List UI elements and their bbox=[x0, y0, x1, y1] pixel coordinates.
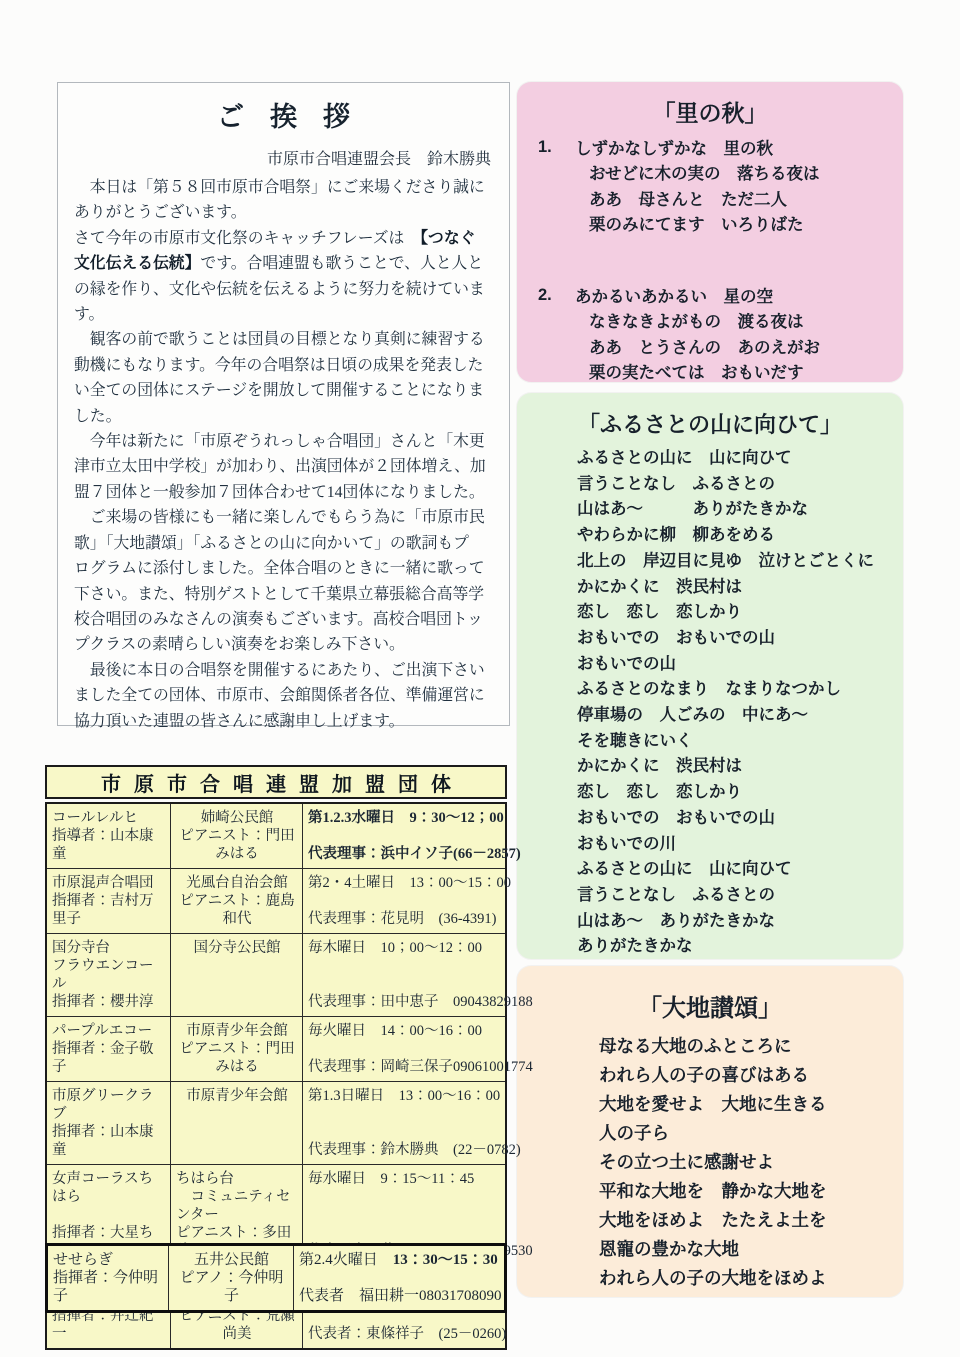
group-leader: 指揮者：櫻井淳 bbox=[52, 993, 166, 1013]
group-venue: ちはら台 コミュニティセンター bbox=[176, 1168, 298, 1224]
group-leader: 指揮者：山本康童 bbox=[52, 1123, 166, 1161]
group-schedule: 毎水曜日 9：15～11：45 bbox=[308, 1168, 533, 1188]
group-name: コールレルヒ bbox=[52, 807, 166, 827]
group-cell-right: 毎火曜日 14：00～16：00 代表理事：岡崎三保子09061001774 bbox=[302, 1017, 537, 1081]
schedule-time: 13：30～15：30 bbox=[393, 1252, 498, 1268]
sesseragi-row: せせらぎ 指揮者：今仲明子 五井公民館 ピアノ：今仲明子 第2.4火曜日 13：… bbox=[45, 1243, 507, 1313]
group-cell-left: 市原グリークラブ 指揮者：山本康童 bbox=[47, 1082, 170, 1164]
lyric-line: おもいでの おもいでの山 bbox=[577, 626, 903, 652]
table-row: コールレルヒ 指導者：山本康童 姉崎公民館 ピアニスト：門田みはる 第1.2.3… bbox=[47, 804, 505, 868]
lyric-line: 大地を愛せよ 大地に生きる bbox=[599, 1090, 903, 1119]
group-name: 市原グリークラブ bbox=[52, 1085, 166, 1123]
group-name: 市原混声合唱団 bbox=[52, 872, 166, 892]
lyric-line: やわらかに柳 柳あをめる bbox=[577, 523, 903, 549]
lyric-line: 恋し 恋し 恋しかり bbox=[577, 600, 903, 626]
group-cell-right: 第1.3日曜日 13：00～16：00 代表理事：鈴木勝典 (22－0782) bbox=[302, 1082, 525, 1164]
group-leader: 指揮者：今仲明子 bbox=[53, 1269, 164, 1307]
lyric-line: 北上の 岸辺目に見ゆ 泣けとごとくに bbox=[577, 549, 903, 575]
lyric-line: おもいでの山 bbox=[577, 652, 903, 678]
lyric-line: 母なる大地のふところに bbox=[599, 1032, 903, 1061]
group-schedule: 第1.3日曜日 13：00～16：00 bbox=[308, 1085, 521, 1105]
group-name: 国分寺台 フラウエンコール bbox=[52, 937, 166, 993]
lyric-line: あかるいあかるい 星の空 bbox=[575, 285, 820, 310]
song-card-daichi-sansho: 「大地讃頌」 母なる大地のふところにわれら人の子の喜びはある大地を愛せよ 大地に… bbox=[517, 966, 903, 1297]
verse-number: 2. bbox=[538, 285, 575, 305]
group-venue: 光風台自治会館 bbox=[176, 872, 298, 892]
table-row: 国分寺台 フラウエンコール 指揮者：櫻井淳 国分寺公民館 毎木曜日 10；00～… bbox=[47, 933, 505, 1016]
group-venue: 五井公民館 bbox=[174, 1249, 289, 1269]
group-cell-left: せせらぎ 指揮者：今仲明子 bbox=[48, 1246, 168, 1310]
group-leader: 指揮者：吉村万里子 bbox=[52, 892, 166, 930]
group-cell-left: 国分寺台 フラウエンコール 指揮者：櫻井淳 bbox=[47, 934, 170, 1016]
greeting-p2-pre: さて今年の市原市文化祭のキャッチフレーズは bbox=[74, 230, 420, 247]
lyric-line: 恩寵の豊かな大地 bbox=[599, 1235, 903, 1264]
group-cell-middle: 五井公民館 ピアノ：今仲明子 bbox=[168, 1246, 293, 1310]
song-title: 「里の秋」 bbox=[517, 95, 903, 128]
greeting-paragraph: 今年は新たに「市原ぞうれっしゃ合唱団」さんと「木更 津市立太田中学校」が加わり、… bbox=[74, 429, 493, 505]
lyric-line: そを聴きにいく bbox=[577, 729, 903, 755]
table-row: 市原混声合唱団 指揮者：吉村万里子 光風台自治会館 ピアニスト：鹿島和代 第2・… bbox=[47, 868, 505, 933]
group-pianist: ピアニスト：門田みはる bbox=[176, 827, 298, 865]
group-schedule: 第2・4土曜日 13：00～15：00 bbox=[308, 872, 511, 892]
lyric-line: おもいでの川 bbox=[577, 832, 903, 858]
group-leader: 指導者：山本康童 bbox=[52, 827, 166, 865]
lyric-line: 山はあ～ ありがたきかな bbox=[577, 909, 903, 935]
lyric-line: ありがたきかな bbox=[577, 934, 903, 960]
group-pianist: ピアノ：今仲明子 bbox=[174, 1269, 289, 1307]
group-pianist bbox=[176, 1159, 298, 1161]
group-name: パープルエコー bbox=[52, 1020, 166, 1040]
lyric-line: かにかくに 渋民村は bbox=[577, 575, 903, 601]
group-cell-right: 第1.2.3水曜日 9：30～12；00 代表理事：浜中イソ子(66－2857) bbox=[302, 804, 525, 868]
table-row: パープルエコー 指揮者：金子敬子 市原青少年会館 ピアニスト：門田みはる 毎火曜… bbox=[47, 1016, 505, 1081]
lyric-line: 山はあ～ ありがたきかな bbox=[577, 497, 903, 523]
group-name: せせらぎ bbox=[53, 1249, 164, 1269]
lyric-line: 人の子ら bbox=[599, 1119, 903, 1148]
group-schedule: 第2.4火曜日 13：30～15：30 bbox=[299, 1249, 502, 1269]
lyrics-list: あかるいあかるい 星の空なきなきよがもの 渡る夜はああ とうさんの あのえがお栗… bbox=[575, 285, 820, 386]
lyric-line: 栗の実たべては おもいだす bbox=[575, 361, 820, 386]
lyric-line: 平和な大地を 静かな大地を bbox=[599, 1177, 903, 1206]
lyric-line: 大地をほめよ たたえよ土を bbox=[599, 1206, 903, 1235]
greeting-paragraph: ご来場の皆様にも一緒に楽しんでもらう為に「市原市民 歌」「大地讃頌」「ふるさとの… bbox=[74, 505, 493, 657]
lyric-line: 恋し 恋し 恋しかり bbox=[577, 780, 903, 806]
lyric-line: 停車場の 人ごみの 中にあ～ bbox=[577, 703, 903, 729]
group-representative: 代表理事：鈴木勝典 (22－0782) bbox=[308, 1141, 521, 1161]
lyric-line: おもいでの おもいでの山 bbox=[577, 806, 903, 832]
lyrics-list: しずかなしずかな 里の秋おせどに木の実の 落ちる夜はああ 母さんと ただ二人栗の… bbox=[575, 137, 820, 238]
group-cell-left: コールレルヒ 指導者：山本康童 bbox=[47, 804, 170, 868]
lyric-line: ふるさとの山に 山に向ひて bbox=[577, 446, 903, 472]
greeting-box: ご挨拶 市原市合唱連盟会長 鈴木勝典 本日は「第５８回市原市合唱祭」にご来場くだ… bbox=[57, 82, 510, 726]
greeting-body: 本日は「第５８回市原市合唱祭」にご来場くださり誠に ありがとうございます。 さて… bbox=[74, 175, 493, 734]
verses: 1. しずかなしずかな 里の秋おせどに木の実の 落ちる夜はああ 母さんと ただ二… bbox=[517, 137, 903, 386]
group-venue: 市原青少年会館 bbox=[176, 1085, 298, 1105]
greeting-paragraph: 本日は「第５８回市原市合唱祭」にご来場くださり誠に ありがとうございます。 bbox=[74, 175, 493, 226]
group-cell-middle: 国分寺公民館 bbox=[170, 934, 302, 1016]
verse-number: 1. bbox=[538, 137, 575, 157]
lyric-line: 言うことなし ふるさとの bbox=[577, 472, 903, 498]
song-card-sato-no-aki: 「里の秋」 1. しずかなしずかな 里の秋おせどに木の実の 落ちる夜はああ 母さ… bbox=[517, 82, 903, 382]
group-cell-middle: 姉崎公民館 ピアニスト：門田みはる bbox=[170, 804, 302, 868]
lyric-line: その立つ土に感謝せよ bbox=[599, 1148, 903, 1177]
lyrics-list: 母なる大地のふところにわれら人の子の喜びはある大地を愛せよ 大地に生きる人の子ら… bbox=[517, 1032, 903, 1293]
group-leader: 指揮者：金子敬子 bbox=[52, 1040, 166, 1078]
group-cell-right: 毎木曜日 10；00～12：00 代表理事：田中恵子 09043829188 bbox=[302, 934, 537, 1016]
group-cell-right: 第2・4土曜日 13：00～15：00 代表理事：花見明 (36-4391) bbox=[302, 869, 515, 933]
scanned-program-page: { "colors": { "pink_card": "#f3cee1", "g… bbox=[0, 0, 960, 1357]
group-cell-middle: 市原青少年会館 ピアニスト：門田みはる bbox=[170, 1017, 302, 1081]
lyric-line: なきなきよがもの 渡る夜は bbox=[575, 310, 820, 335]
group-venue: 市原青少年会館 bbox=[176, 1020, 298, 1040]
lyric-line: かにかくに 渋民村は bbox=[577, 754, 903, 780]
group-representative: 代表者：東條祥子 (25－0260) bbox=[308, 1325, 506, 1345]
group-cell-middle: 市原青少年会館 bbox=[170, 1082, 302, 1164]
group-representative: 代表者 福田耕一08031708090 bbox=[299, 1287, 502, 1307]
song-title: 「ふるさとの山に向ひて」 bbox=[517, 408, 903, 439]
group-schedule: 毎火曜日 14：00～16：00 bbox=[308, 1020, 533, 1040]
lyrics-list: ふるさとの山に 山に向ひて言うことなし ふるさとの山はあ～ ありがたきかなやわら… bbox=[517, 446, 903, 960]
verse-1: 1. しずかなしずかな 里の秋おせどに木の実の 落ちる夜はああ 母さんと ただ二… bbox=[538, 137, 903, 238]
verse-2: 2. あかるいあかるい 星の空なきなきよがもの 渡る夜はああ とうさんの あのえ… bbox=[538, 285, 903, 386]
group-pianist: ピアニスト：鹿島和代 bbox=[176, 892, 298, 930]
song-title: 「大地讃頌」 bbox=[517, 988, 903, 1023]
group-representative: 代表理事：浜中イソ子(66－2857) bbox=[308, 845, 521, 865]
greeting-byline: 市原市合唱連盟会長 鈴木勝典 bbox=[74, 146, 493, 169]
greeting-title: ご挨拶 bbox=[74, 95, 493, 134]
lyric-line: ああ 母さんと ただ二人 bbox=[575, 188, 820, 213]
group-venue: 国分寺公民館 bbox=[176, 937, 298, 957]
lyric-line: ふるさとのなまり なまりなつかし bbox=[577, 677, 903, 703]
group-representative: 代表理事：花見明 (36-4391) bbox=[308, 910, 511, 930]
group-venue: 姉崎公民館 bbox=[176, 807, 298, 827]
lyric-line: 言うことなし ふるさとの bbox=[577, 883, 903, 909]
group-cell-middle: 光風台自治会館 ピアニスト：鹿島和代 bbox=[170, 869, 302, 933]
greeting-paragraph: さて今年の市原市文化祭のキャッチフレーズは 【つなぐ 文化伝える伝統】です。合唱… bbox=[74, 226, 493, 328]
group-cell-left: 市原混声合唱団 指揮者：吉村万里子 bbox=[47, 869, 170, 933]
group-pianist bbox=[176, 1011, 298, 1013]
lyric-line: おせどに木の実の 落ちる夜は bbox=[575, 162, 820, 187]
group-cell-right: 第2.4火曜日 13：30～15：30 代表者 福田耕一08031708090 bbox=[293, 1246, 506, 1310]
group-representative: 代表理事：岡崎三保子09061001774 bbox=[308, 1058, 533, 1078]
lyric-line: しずかなしずかな 里の秋 bbox=[575, 137, 820, 162]
group-schedule: 毎木曜日 10；00～12：00 bbox=[308, 937, 533, 957]
lyric-line: われら人の子の喜びはある bbox=[599, 1061, 903, 1090]
group-pianist: ピアニスト：門田みはる bbox=[176, 1040, 298, 1078]
group-schedule: 第1.2.3水曜日 9：30～12；00 bbox=[308, 807, 521, 827]
lyric-line: 栗のみにてます いろりばた bbox=[575, 213, 820, 238]
song-card-furusato: 「ふるさとの山に向ひて」 ふるさとの山に 山に向ひて言うことなし ふるさとの山は… bbox=[517, 393, 903, 959]
roster-title: 市原市合唱連盟加盟団体 bbox=[45, 765, 507, 799]
table-row: 市原グリークラブ 指揮者：山本康童 市原青少年会館 第1.3日曜日 13：00～… bbox=[47, 1081, 505, 1164]
group-cell-left: パープルエコー 指揮者：金子敬子 bbox=[47, 1017, 170, 1081]
lyric-line: ふるさとの山に 山に向ひて bbox=[577, 857, 903, 883]
greeting-paragraph: 観客の前で歌うことは団員の目標となり真剣に練習する 動機にもなります。今年の合唱… bbox=[74, 327, 493, 429]
lyric-line: ああ とうさんの あのえがお bbox=[575, 336, 820, 361]
lyric-line: われら人の子の大地をほめよ bbox=[599, 1264, 903, 1293]
schedule-days: 第2.4火曜日 bbox=[299, 1252, 393, 1268]
group-representative: 代表理事：田中恵子 09043829188 bbox=[308, 993, 533, 1013]
greeting-paragraph: 最後に本日の合唱祭を開催するにあたり、ご出演下さい ました全ての団体、市原市、会… bbox=[74, 658, 493, 734]
group-name: 女声コーラスちはら bbox=[52, 1168, 166, 1206]
